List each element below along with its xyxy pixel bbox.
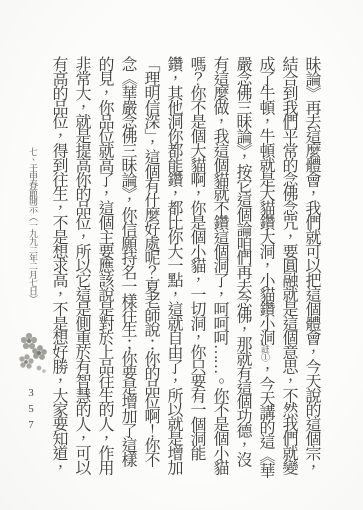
text-column: 昧論》再去這麼體會，我們就可以把這個體會，今天說的這個宗， <box>303 56 319 470</box>
column-text: 鑽，其他洞你都能鑽，都比你大一點，這就自由了，所以就是增加 <box>165 56 182 474</box>
column-text: 非常大，就是提高你的品位，所以它這是側重於有智慧的人，可以 <box>73 56 90 474</box>
text-column: 嚴念佛三昧論》，按它這個論咱們再去念佛，那就有這個功德，沒 <box>234 56 250 470</box>
main-text-block: 昧論》再去這麼體會，我們就可以把這個體會，今天說的這個宗，結合到我們平常的念佛念… <box>43 56 319 470</box>
text-column: 鑽，其他洞你都能鑽，都比你大一點，這就自由了，所以就是增加 <box>165 56 181 470</box>
text-column: 的見，你品位就高了，這個主要應該說是對於上品往生的人，作用 <box>96 56 112 470</box>
column-text: 嗎？你不是個大貓啊，你是個小貓，一切洞，你只要有一個洞能 <box>188 56 205 459</box>
column-text: 結合到我們平常的念佛念咒，要圓融就是這個意思，不然我們就變 <box>280 56 297 474</box>
text-column: 有高的品位，得到往生，不是想求高，不是想好勝，大家要知道， <box>50 56 66 470</box>
text-column: 念《華嚴念佛三昧論》，你信願持名一樣往生；你要是增加了這樣 <box>119 56 135 470</box>
text-column: 有這麼做，我這個貓就不鑽這個洞了，呵呵呵……。你不是個小貓 <box>211 56 227 470</box>
column-text: 「理明信深」，這個有什麼好處呢？夏老師說：你的品位啊！你不 <box>142 56 159 466</box>
margin-chapter-note: 七、壬申春節開示（一九九二年二月七日） <box>27 147 40 303</box>
text-column: 「理明信深」，這個有什麼好處呢？夏老師說：你的品位啊！你不 <box>142 56 158 470</box>
column-text: 成了牛頓，牛頓就是大貓鑽大洞，小貓鑽小洞 <box>257 56 274 344</box>
column-text: 有這麼做，我這個貓就不鑽這個洞了，呵呵呵……。你不是個小貓 <box>211 56 228 474</box>
column-text: 嚴念佛三昧論》，按它這個論咱們再去念佛，那就有這個功德，沒 <box>234 56 251 466</box>
column-text: 念《華嚴念佛三昧論》，你信願持名一樣往生；你要是增加了這樣 <box>119 56 136 466</box>
column-text: 有高的品位，得到往生，不是想求高，不是想好勝，大家要知道， <box>50 56 67 474</box>
text-column: 非常大，就是提高你的品位，所以它這是側重於有智慧的人，可以 <box>73 56 89 470</box>
plum-blossom-stamp-icon <box>17 330 51 376</box>
page-number: 357 <box>25 387 37 435</box>
column-text: 昧論》再去這麼體會，我們就可以把這個體會，今天說的這個宗， <box>303 56 320 474</box>
text-column: 結合到我們平常的念佛念咒，要圓融就是這個意思，不然我們就變 <box>280 56 296 470</box>
text-column: 嗎？你不是個大貓啊，你是個小貓，一切洞，你只要有一個洞能 <box>188 56 204 470</box>
book-page: 昧論》再去這麼體會，我們就可以把這個體會，今天說的這個宗，結合到我們平常的念佛念… <box>0 0 363 510</box>
column-text: 的見，你品位就高了，這個主要應該說是對於上品往生的人，作用 <box>96 56 113 474</box>
column-text: ，今天講的這《華 <box>257 361 274 476</box>
text-column: 成了牛頓，牛頓就是大貓鑽大洞，小貓鑽小洞註①，今天講的這《華 <box>257 56 273 470</box>
note-reference: 註① <box>260 344 270 361</box>
